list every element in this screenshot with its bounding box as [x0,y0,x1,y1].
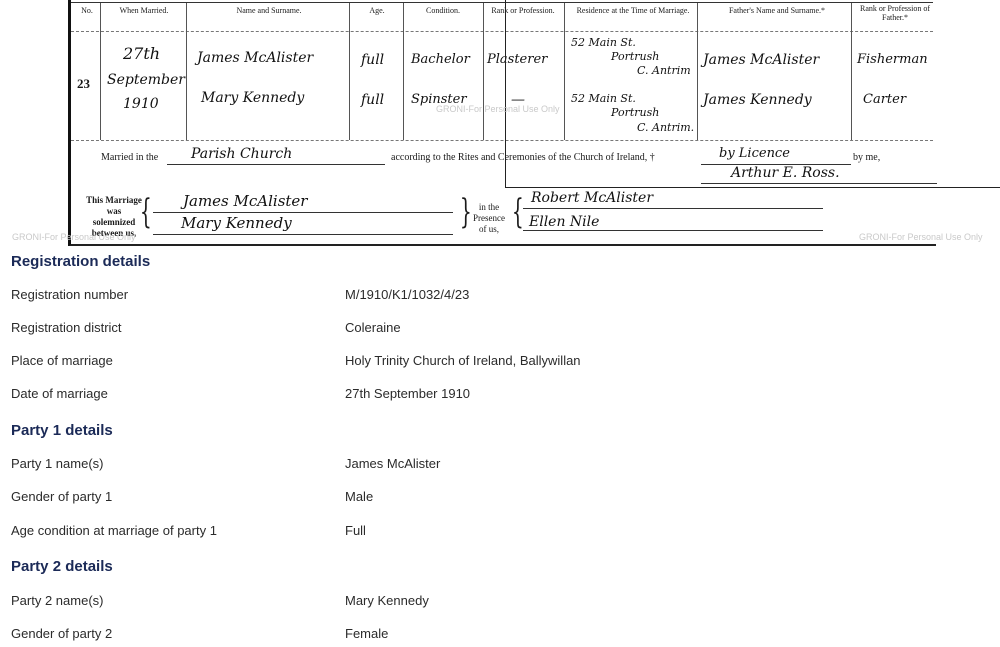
section-title-registration: Registration details [11,253,150,270]
married-in-value: Parish Church [191,146,292,162]
label-party2-gender: Gender of party 2 [11,626,112,641]
col-divider [100,3,101,140]
married-in-label: Married in the [101,152,158,163]
header-condition: Condition. [403,6,483,15]
header-name: Name and Surname. [189,6,349,15]
entry-date-month: September [107,72,185,88]
brace-witness: { [512,195,524,229]
header-when-married: When Married. [103,6,185,15]
scan-overlay-frame [505,0,1000,188]
col-divider [349,3,350,140]
witness-1: Robert McAlister [531,190,653,206]
register-scan-image: No. When Married. Name and Surname. Age.… [0,0,1000,246]
header-age: Age. [351,6,403,15]
value-party1-gender: Male [345,489,373,504]
entry-party2-name: Mary Kennedy [201,90,304,106]
entry-party1-age: full [361,52,384,68]
label-party1-gender: Gender of party 1 [11,489,112,504]
col-divider [483,3,484,140]
value-party2-names: Mary Kennedy [345,593,429,608]
col-divider [403,3,404,140]
entry-party2-age: full [361,92,384,108]
underline [523,208,823,209]
signature-party1: James McAlister [183,192,307,210]
entry-number: 23 [77,76,90,92]
value-place-of-marriage: Holy Trinity Church of Ireland, Ballywil… [345,353,581,368]
watermark: GRONI-For Personal Use Only [859,232,983,242]
value-party2-gender: Female [345,626,388,641]
header-no: No. [75,6,99,15]
value-party1-age-condition: Full [345,523,366,538]
presence-line1: in the [469,202,509,213]
entry-date-day: 27th [123,44,160,63]
label-party2-names: Party 2 name(s) [11,593,103,608]
presence-line3: of us, [469,224,509,235]
value-registration-number: M/1910/K1/1032/4/23 [345,287,469,302]
signature-party2: Mary Kennedy [181,214,292,232]
label-date-of-marriage: Date of marriage [11,386,108,401]
underline [153,234,453,235]
entry-party1-condition: Bachelor [411,52,470,67]
value-party1-names: James McAlister [345,456,440,471]
col-divider [186,3,187,140]
section-title-party1: Party 1 details [11,422,113,439]
presence-line2: Presence [469,213,509,224]
witness-2: Ellen Nile [529,214,599,230]
label-registration-number: Registration number [11,287,128,302]
label-party1-age-condition: Age condition at marriage of party 1 [11,523,217,538]
watermark: GRONI-For Personal Use Only [436,104,560,114]
label-registration-district: Registration district [11,320,122,335]
entry-date-year: 1910 [123,96,159,112]
underline [523,230,823,231]
underline [153,212,453,213]
value-date-of-marriage: 27th September 1910 [345,386,470,401]
brace-left: { [140,195,152,229]
label-place-of-marriage: Place of marriage [11,353,113,368]
section-title-party2: Party 2 details [11,558,113,575]
value-registration-district: Coleraine [345,320,401,335]
entry-party1-name: James McAlister [197,50,313,66]
presence-label: in the Presence of us, [469,202,509,235]
watermark: GRONI-For Personal Use Only [12,232,136,242]
label-party1-names: Party 1 name(s) [11,456,103,471]
underline [167,164,385,165]
